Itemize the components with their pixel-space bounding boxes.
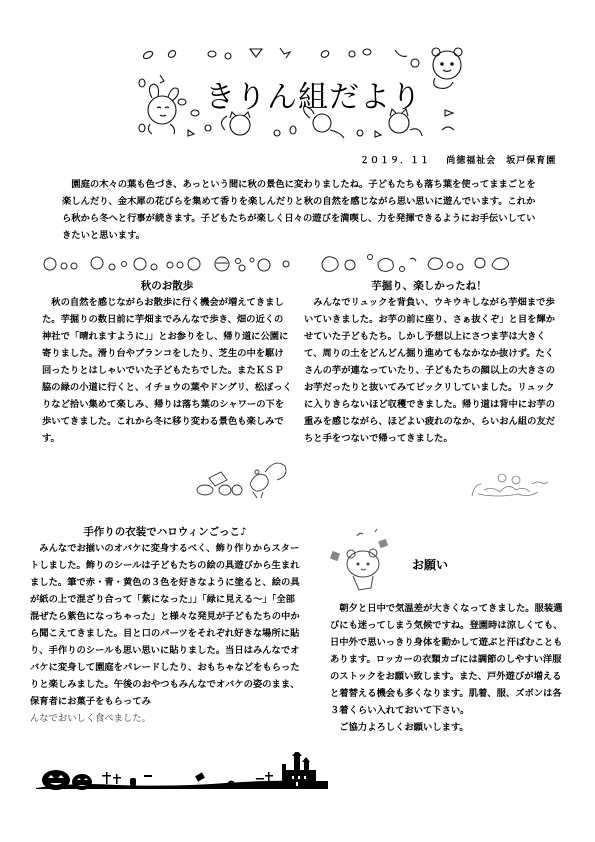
acorns-icon — [42, 254, 292, 272]
acorn-decoration — [42, 254, 292, 272]
section-body-potato-digging: みんなでリュックを背負い、ウキウキしながら芋畑まで歩いていきました。お芋の前に座… — [304, 294, 560, 447]
organization-name: 尚徳福祉会 坂戸保育園 — [446, 156, 556, 166]
intro-text: 園庭の木々の葉も色づき、あっという間に秋の景色に変わりましたね。子どもたちも落ち… — [62, 176, 542, 244]
section-body-autumn-walk: 秋の自然を感じながらお散歩に行く機会が増えてきました。芋掘りの数日前に芋畑までみ… — [42, 294, 292, 447]
section-heading-halloween: 手作りの衣装でハロウィンごっこ♪ — [30, 524, 300, 539]
bowing-bear-icon — [325, 526, 405, 594]
section-potato-digging: みんなでリュックを背負い、ウキウキしながら芋畑まで歩いていきました。お芋の前に座… — [304, 294, 560, 447]
section-request: 朝夕と日中で気温差が大きくなってきました。服装選びにも迷ってしまう気候ですね。登… — [330, 600, 564, 736]
section-autumn-walk: 秋の自然を感じながらお散歩に行く機会が増えてきました。芋掘りの数日前に芋畑までみ… — [42, 294, 292, 447]
section-heading-request: お願い — [400, 556, 460, 573]
squirrel-illustration — [195, 456, 290, 500]
issue-date: ２０１９．１１ — [360, 156, 430, 166]
bear-illustration — [325, 526, 405, 594]
intro-paragraph: 園庭の木々の葉も色づき、あっという間に秋の景色に変わりましたね。子どもたちも落ち… — [62, 176, 542, 244]
section-halloween: みんなでお揃いのオバケに変身するべく、飾り作りからスタートしました。飾りのシール… — [30, 540, 300, 727]
section-body-request: 朝夕と日中で気温差が大きくなってきました。服装選びにも迷ってしまう気候ですね。登… — [330, 600, 564, 719]
date-line: ２０１９．１１ 尚徳福祉会 坂戸保育園 — [360, 153, 556, 166]
children-sketch-icon — [470, 470, 550, 500]
halloween-banner — [36, 752, 328, 796]
sweet-potatoes-icon — [320, 253, 550, 273]
section-heading-autumn-walk: 秋のお散歩 — [42, 278, 292, 293]
squirrel-acorns-icon — [195, 456, 290, 500]
children-illustration — [470, 470, 550, 500]
section-body-halloween: みんなでお揃いのオバケに変身するべく、飾り作りからスタートしました。飾りのシール… — [30, 540, 300, 710]
potato-decoration — [320, 253, 550, 273]
newsletter-title: きりん組だより — [205, 72, 422, 116]
section-heading-potato-digging: 芋掘り、楽しかったね！ — [300, 278, 558, 293]
section-body-halloween-tail: んなでおいしく食べました。 — [30, 710, 300, 727]
halloween-silhouette-icon — [36, 752, 328, 796]
section-closing-request: ご協力よろしくお願いします。 — [330, 719, 564, 736]
